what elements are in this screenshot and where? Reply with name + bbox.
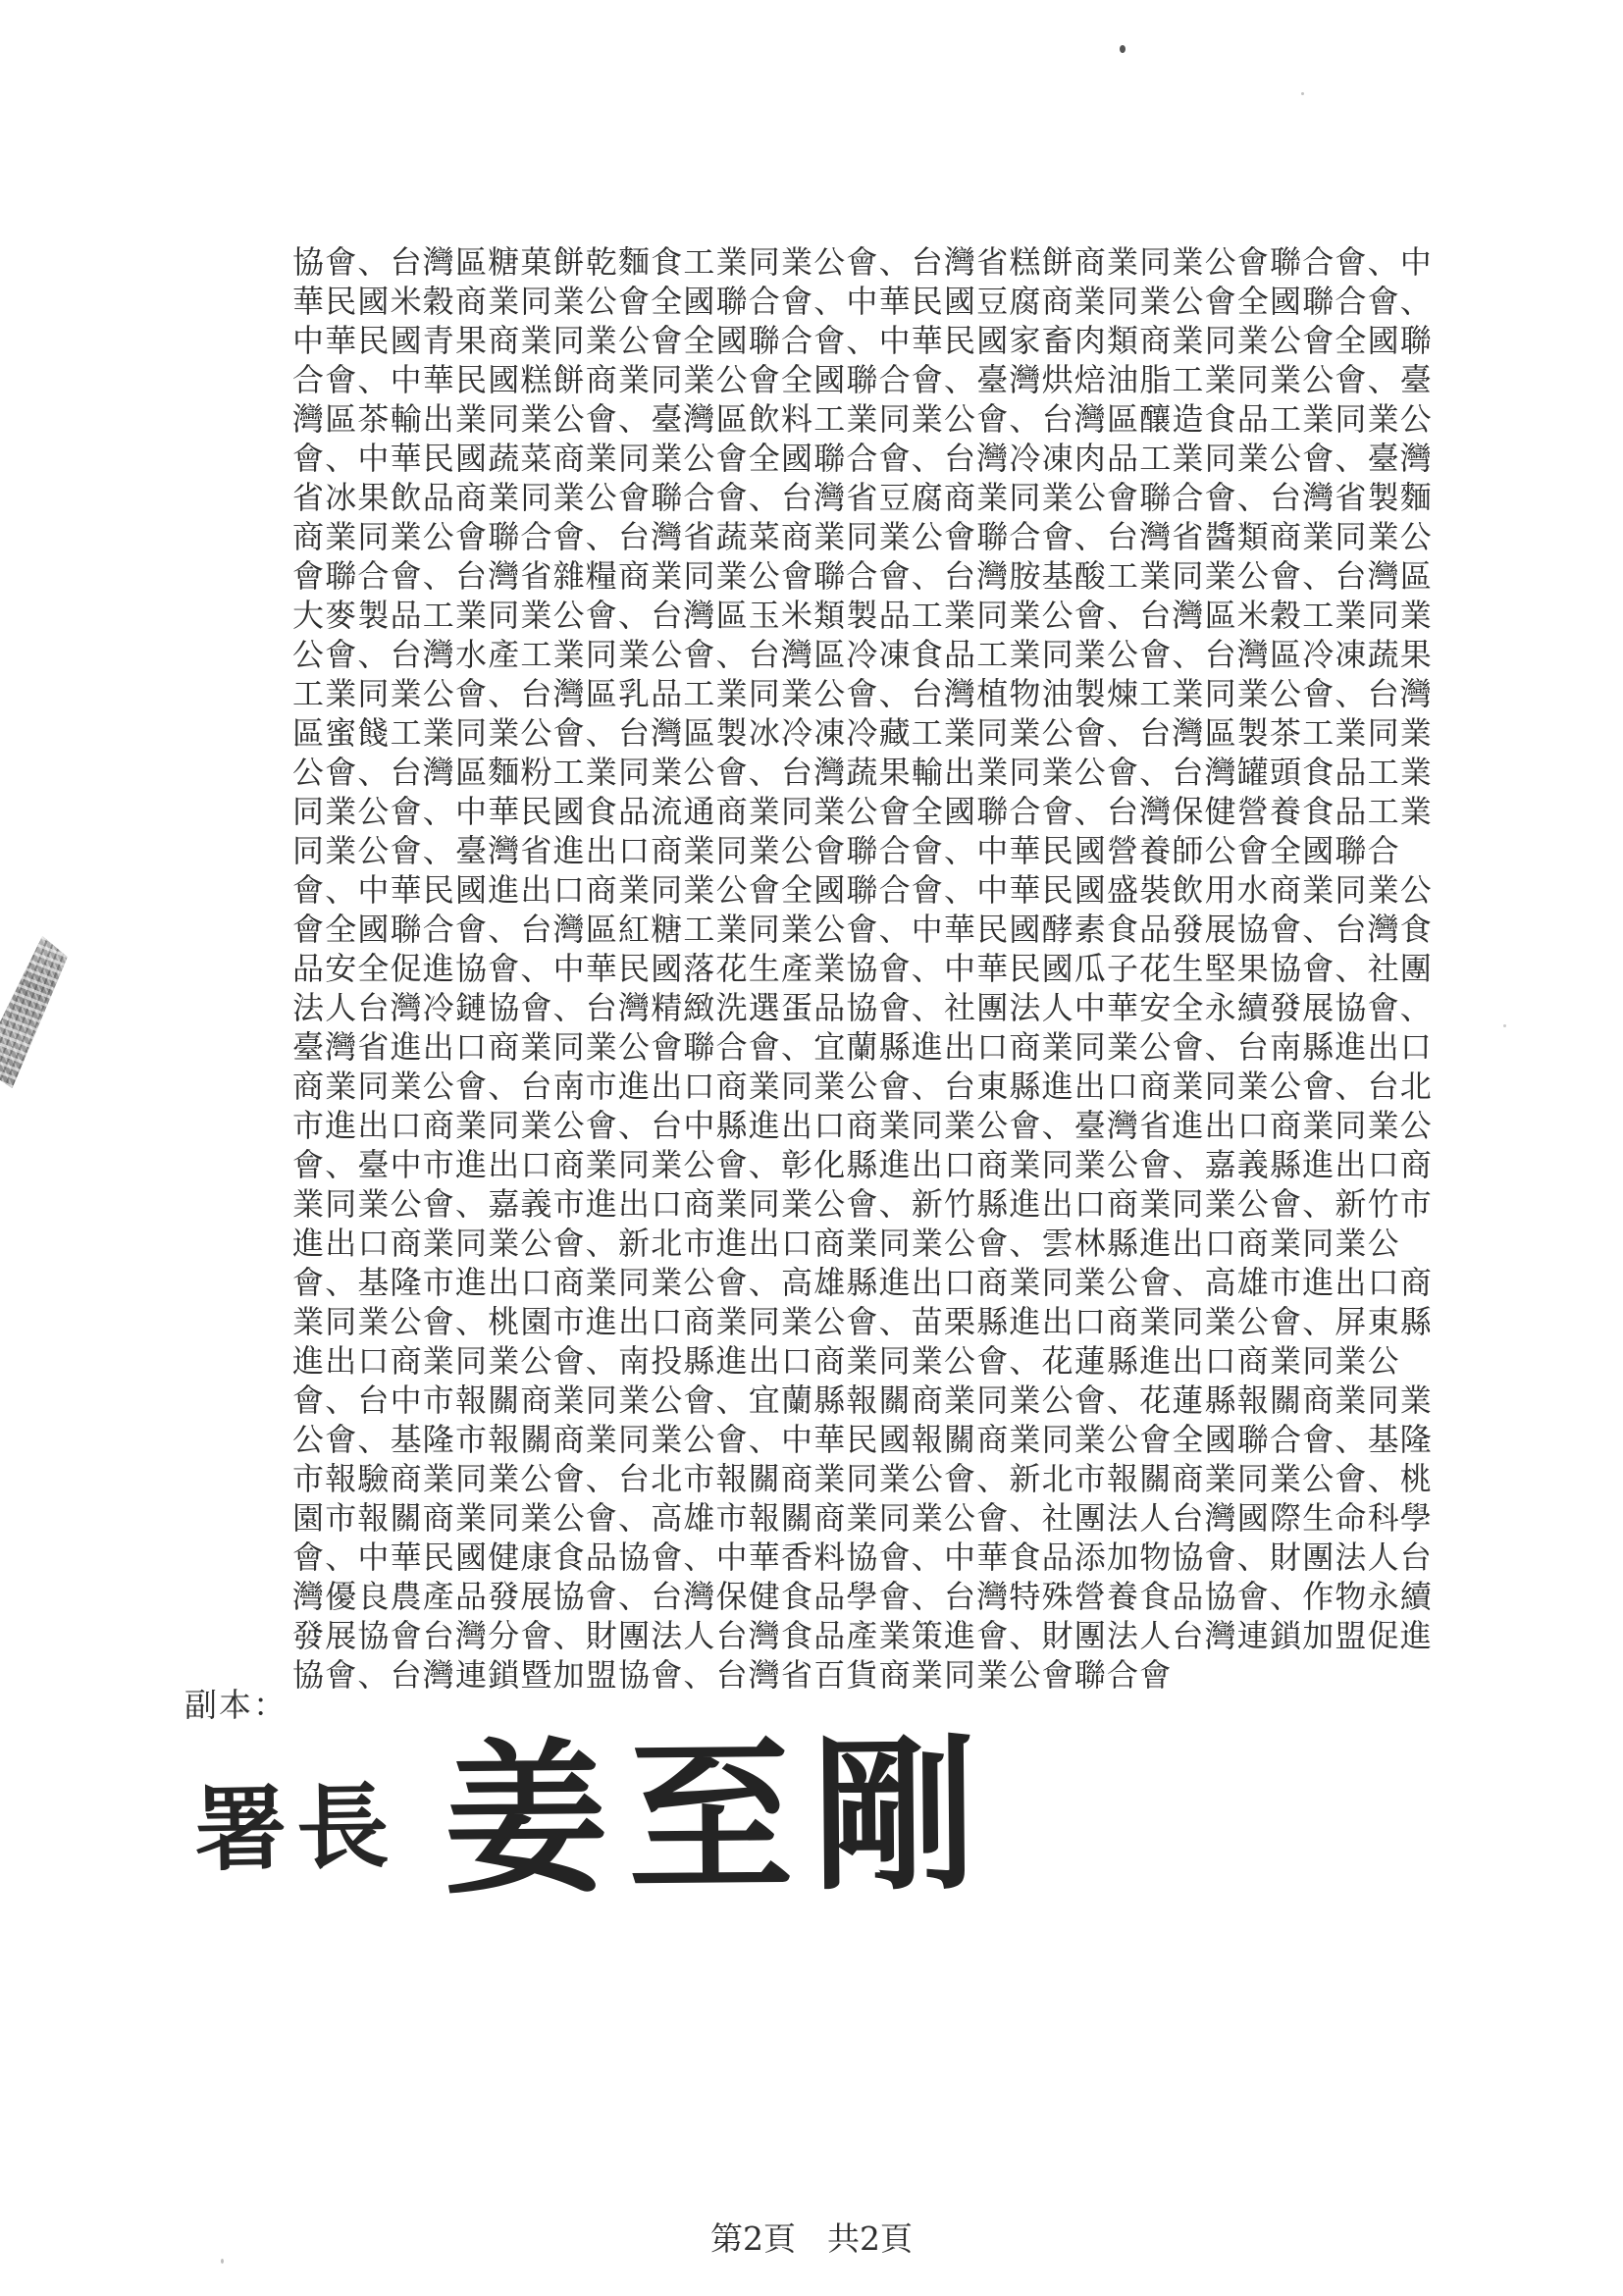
body-text-line: 區蜜餞工業同業公會、台灣區製冰冷凍冷藏工業同業公會、台灣區製茶工業同業 — [292, 713, 1480, 753]
scanned-document-page: 協會、台灣區糖菓餅乾麵食工業同業公會、台灣省糕餅商業同業公會聯合會、中華民國米穀… — [0, 0, 1623, 2296]
signature-title: 署長 — [193, 1752, 399, 1889]
scan-speck — [1120, 45, 1126, 53]
official-stamp-partial — [14, 926, 131, 1093]
body-text-line: 灣優良農產品發展協會、台灣保健食品學會、台灣特殊營養食品協會、作物永續 — [292, 1577, 1480, 1616]
body-text-line: 會、中華民國進出口商業同業公會全國聯合會、中華民國盛裝飲用水商業同業公 — [292, 870, 1480, 910]
signature-name: 姜至剛 — [443, 1717, 998, 1918]
stamp-ink-mark — [0, 930, 72, 1090]
scan-speck — [1503, 1024, 1506, 1027]
body-text-line: 園市報關商業同業公會、高雄市報關商業同業公會、社團法人台灣國際生命科學 — [292, 1498, 1480, 1538]
body-text-line: 會聯合會、台灣省雜糧商業同業公會聯合會、台灣胺基酸工業同業公會、台灣區 — [292, 556, 1480, 596]
body-text-line: 會、臺中市進出口商業同業公會、彰化縣進出口商業同業公會、嘉義縣進出口商 — [292, 1145, 1480, 1184]
body-text-line: 會、台中市報關商業同業公會、宜蘭縣報關商業同業公會、花蓮縣報關商業同業 — [292, 1381, 1480, 1420]
body-text-line: 華民國米穀商業同業公會全國聯合會、中華民國豆腐商業同業公會全國聯合會、 — [292, 282, 1480, 321]
body-text-line: 協會、台灣區糖菓餅乾麵食工業同業公會、台灣省糕餅商業同業公會聯合會、中 — [292, 242, 1480, 282]
body-text-line: 業同業公會、桃園市進出口商業同業公會、苗栗縣進出口商業同業公會、屏東縣 — [292, 1302, 1480, 1341]
body-text-line: 協會、台灣連鎖暨加盟協會、台灣省百貨商業同業公會聯合會 — [292, 1655, 1480, 1695]
body-text-line: 市進出口商業同業公會、台中縣進出口商業同業公會、臺灣省進出口商業同業公 — [292, 1106, 1480, 1145]
body-text-line: 商業同業公會、台南市進出口商業同業公會、台東縣進出口商業同業公會、台北 — [292, 1067, 1480, 1106]
body-text-line: 進出口商業同業公會、南投縣進出口商業同業公會、花蓮縣進出口商業同業公 — [292, 1341, 1480, 1381]
body-text-line: 中華民國青果商業同業公會全國聯合會、中華民國家畜肉類商業同業公會全國聯 — [292, 321, 1480, 360]
body-text-line: 會、中華民國蔬菜商業同業公會全國聯合會、台灣冷凍肉品工業同業公會、臺灣 — [292, 439, 1480, 478]
body-text-line: 大麥製品工業同業公會、台灣區玉米類製品工業同業公會、台灣區米穀工業同業 — [292, 596, 1480, 635]
body-text-line: 市報驗商業同業公會、台北市報關商業同業公會、新北市報關商業同業公會、桃 — [292, 1459, 1480, 1498]
copy-recipients-label: 副本： — [184, 1680, 288, 1726]
body-text-line: 公會、基隆市報關商業同業公會、中華民國報關商業同業公會全國聯合會、基隆 — [292, 1420, 1480, 1459]
scan-speck — [1301, 92, 1304, 95]
body-text-line: 會、中華民國健康食品協會、中華香料協會、中華食品添加物協會、財團法人台 — [292, 1538, 1480, 1577]
body-text-line: 同業公會、臺灣省進出口商業同業公會聯合會、中華民國營養師公會全國聯合 — [292, 831, 1480, 870]
body-text-line: 業同業公會、嘉義市進出口商業同業公會、新竹縣進出口商業同業公會、新竹市 — [292, 1184, 1480, 1224]
body-text-line: 商業同業公會聯合會、台灣省蔬菜商業同業公會聯合會、台灣省醬類商業同業公 — [292, 517, 1480, 556]
body-text-line: 同業公會、中華民國食品流通商業同業公會全國聯合會、台灣保健營養食品工業 — [292, 792, 1480, 831]
body-text-line: 臺灣省進出口商業同業公會聯合會、宜蘭縣進出口商業同業公會、台南縣進出口 — [292, 1027, 1480, 1067]
body-text-line: 省冰果飲品商業同業公會聯合會、台灣省豆腐商業同業公會聯合會、台灣省製麵 — [292, 478, 1480, 517]
body-text-line: 公會、台灣水產工業同業公會、台灣區冷凍食品工業同業公會、台灣區冷凍蔬果 — [292, 635, 1480, 674]
scan-speck — [221, 2259, 224, 2264]
body-text-line: 發展協會台灣分會、財團法人台灣食品產業策進會、財團法人台灣連鎖加盟促進 — [292, 1616, 1480, 1655]
body-text-line: 會全國聯合會、台灣區紅糖工業同業公會、中華民國酵素食品發展協會、台灣食 — [292, 910, 1480, 949]
page-footer: 第2頁 共2頁 — [0, 2214, 1623, 2260]
body-text-line: 品安全促進協會、中華民國落花生產業協會、中華民國瓜子花生堅果協會、社團 — [292, 949, 1480, 988]
body-text-line: 工業同業公會、台灣區乳品工業同業公會、台灣植物油製煉工業同業公會、台灣 — [292, 674, 1480, 713]
page-number-current: 第2頁 — [710, 2214, 796, 2260]
body-text-line: 法人台灣冷鏈協會、台灣精緻洗選蛋品協會、社團法人中華安全永續發展協會、 — [292, 988, 1480, 1027]
body-text-line: 灣區茶輸出業同業公會、臺灣區飲料工業同業公會、台灣區釀造食品工業同業公 — [292, 399, 1480, 439]
page-number-total: 共2頁 — [827, 2214, 913, 2260]
body-text-line: 合會、中華民國糕餅商業同業公會全國聯合會、臺灣烘焙油脂工業同業公會、臺 — [292, 360, 1480, 399]
body-text: 協會、台灣區糖菓餅乾麵食工業同業公會、台灣省糕餅商業同業公會聯合會、中華民國米穀… — [292, 242, 1480, 1695]
body-text-line: 進出口商業同業公會、新北市進出口商業同業公會、雲林縣進出口商業同業公 — [292, 1224, 1480, 1263]
body-text-line: 公會、台灣區麵粉工業同業公會、台灣蔬果輸出業同業公會、台灣罐頭食品工業 — [292, 753, 1480, 792]
body-text-line: 會、基隆市進出口商業同業公會、高雄縣進出口商業同業公會、高雄市進出口商 — [292, 1263, 1480, 1302]
